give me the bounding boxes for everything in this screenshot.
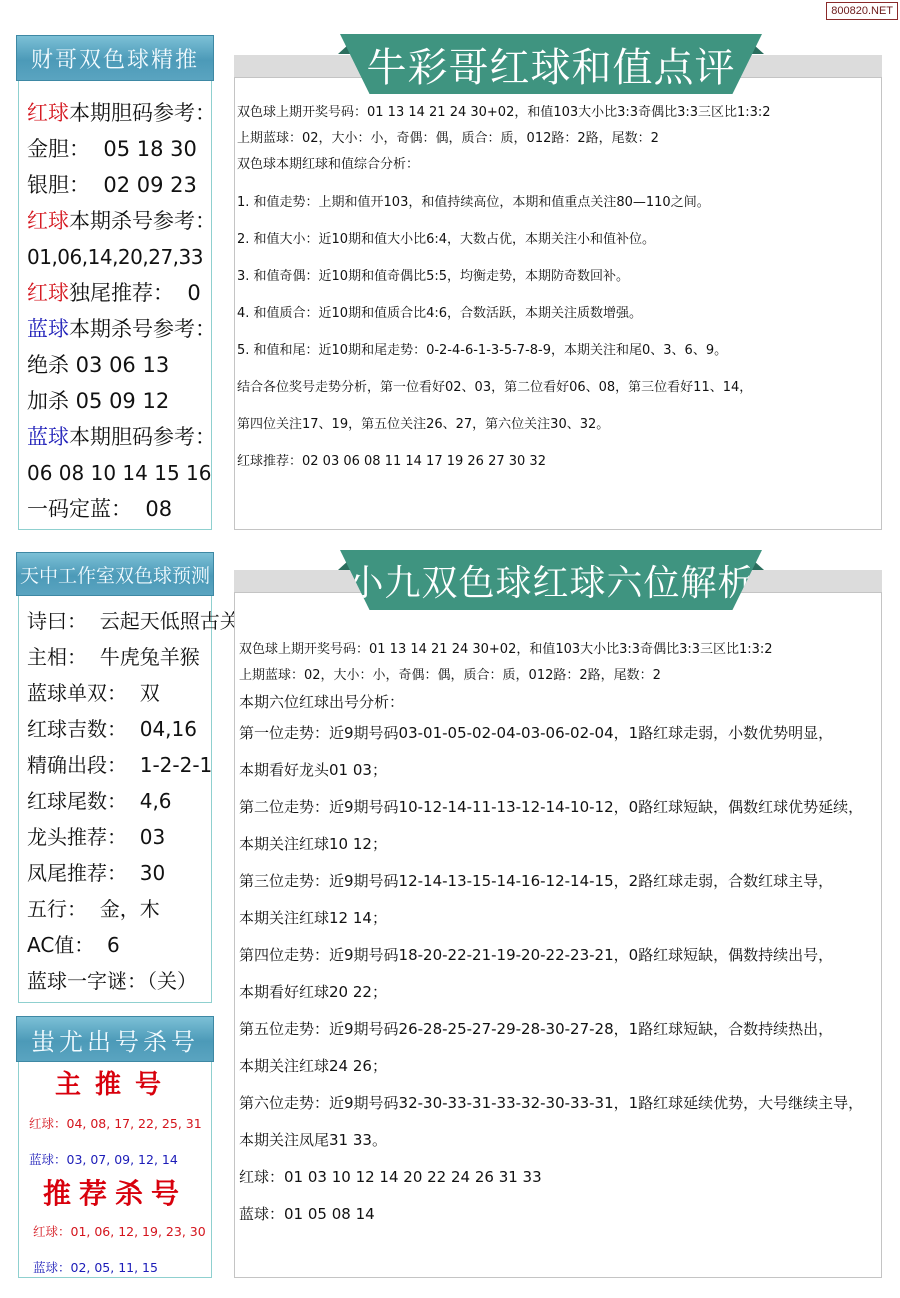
- caige-row: 绝杀 03 06 13: [27, 347, 211, 383]
- caige-row: 红球本期杀号参考：: [27, 203, 211, 239]
- tianzhong-row: 蓝球单双： 双: [27, 675, 211, 711]
- caige-row: 红球独尾推荐： 0: [27, 275, 211, 311]
- xiaojiu-point: 第二位走势：近9期号码10-12-14-11-13-12-14-10-12，0路…: [239, 789, 881, 826]
- xiaojiu-line: 本期六位红球出号分析：: [239, 689, 881, 715]
- xiaojiu-point: 第一位走势：近9期号码03-01-05-02-04-03-06-02-04，1路…: [239, 715, 881, 752]
- tianzhong-row: 龙头推荐： 03: [27, 819, 211, 855]
- niucaige-title-ribbon: 牛彩哥红球和值点评: [340, 34, 762, 94]
- niucaige-point: 3. 和值奇偶：近10期和值奇偶比5:5，均衡走势，本期防奇数回补。: [237, 258, 881, 295]
- caige-panel-title: 财哥双色球精推: [16, 35, 214, 81]
- kill-red-numbers: 红球：01, 06, 12, 19, 23, 30: [19, 1221, 211, 1243]
- tianzhong-row: 凤尾推荐： 30: [27, 855, 211, 891]
- caige-row: 蓝球本期胆码参考：: [27, 419, 211, 455]
- caige-row: 金胆： 05 18 30: [27, 131, 211, 167]
- xiaojiu-point: 第三位走势：近9期号码12-14-13-15-14-16-12-14-15，2路…: [239, 863, 881, 900]
- main-red-numbers: 红球：04, 08, 17, 22, 25, 31: [19, 1113, 211, 1135]
- niucaige-point: 2. 和值大小：近10期和值大小比6:4，大数占优，本期关注小和值补位。: [237, 221, 881, 258]
- caige-row: 06 08 10 14 15 16: [27, 455, 211, 491]
- tianzhong-row: 诗曰： 云起天低照古关: [27, 603, 211, 639]
- niucaige-line: 双色球本期红球和值综合分析：: [237, 152, 881, 178]
- xiaojiu-blue-recommend: 蓝球：01 05 08 14: [239, 1196, 881, 1233]
- xiaojiu-line: 上期蓝球：02，大小：小，奇偶：偶，质合：质，012路：2路，尾数：2: [239, 663, 881, 689]
- niucaige-point: 红球推荐：02 03 06 08 11 14 17 19 26 27 30 32: [237, 443, 881, 480]
- xiaojiu-point: 本期看好红球20 22；: [239, 974, 881, 1011]
- kill-blue-numbers: 蓝球：02, 05, 11, 15: [19, 1257, 211, 1279]
- xiaojiu-panel: 双色球上期开奖号码：01 13 14 21 24 30+02，和值103大小比3…: [234, 592, 882, 1278]
- niucaige-point: 4. 和值质合：近10期和值质合比4:6，合数活跃，本期关注质数增强。: [237, 295, 881, 332]
- tianzhong-row: 主相： 牛虎兔羊猴: [27, 639, 211, 675]
- xiaojiu-point: 第四位走势：近9期号码18-20-22-21-19-20-22-23-21，0路…: [239, 937, 881, 974]
- caige-row: 红球本期胆码参考：: [27, 95, 211, 131]
- site-watermark: 800820.NET: [826, 2, 898, 20]
- xiaojiu-point: 本期关注凤尾31 33。: [239, 1122, 881, 1159]
- xiaojiu-point: 第五位走势：近9期号码26-28-25-27-29-28-30-27-28，1路…: [239, 1011, 881, 1048]
- caige-row: 加杀 05 09 12: [27, 383, 211, 419]
- xiaojiu-line: 双色球上期开奖号码：01 13 14 21 24 30+02，和值103大小比3…: [239, 637, 881, 663]
- caige-row: 01,06,14,20,27,33: [27, 239, 211, 275]
- niucaige-point: 结合各位奖号走势分析，第一位看好02、03，第二位看好06、08，第三位看好11…: [237, 369, 881, 406]
- niucaige-panel: 双色球上期开奖号码：01 13 14 21 24 30+02，和值103大小比3…: [234, 77, 882, 530]
- tianzhong-row: 红球吉数： 04,16: [27, 711, 211, 747]
- niucaige-point: 1. 和值走势：上期和值开103，和值持续高位，本期和值重点关注80—110之间…: [237, 184, 881, 221]
- caige-panel: 红球本期胆码参考： 金胆： 05 18 30 银胆： 02 09 23 红球本期…: [18, 58, 212, 530]
- caige-row: 一码定蓝： 08: [27, 491, 211, 527]
- niucaige-point: 5. 和值和尾：近10期和尾走势：0-2-4-6-1-3-5-7-8-9，本期关…: [237, 332, 881, 369]
- caige-row: 蓝球本期杀号参考：: [27, 311, 211, 347]
- xiaojiu-title-ribbon: 小九双色球红球六位解析: [340, 550, 762, 610]
- tianzhong-row: 五行： 金，木: [27, 891, 211, 927]
- niucaige-line: 双色球上期开奖号码：01 13 14 21 24 30+02，和值103大小比3…: [237, 100, 881, 126]
- main-recommend-title: 主推号: [19, 1061, 211, 1109]
- tianzhong-panel-title: 天中工作室双色球预测: [16, 552, 214, 596]
- caige-row: 银胆： 02 09 23: [27, 167, 211, 203]
- chiyou-panel: 主推号 红球：04, 08, 17, 22, 25, 31 蓝球：03, 07,…: [18, 1040, 212, 1278]
- niucaige-point: 第四位关注17、19，第五位关注26、27，第六位关注30、32。: [237, 406, 881, 443]
- tianzhong-row: 红球尾数： 4,6: [27, 783, 211, 819]
- xiaojiu-point: 本期关注红球12 14；: [239, 900, 881, 937]
- kill-recommend-title: 推荐杀号: [19, 1171, 211, 1217]
- xiaojiu-point: 第六位走势：近9期号码32-30-33-31-33-32-30-33-31，1路…: [239, 1085, 881, 1122]
- tianzhong-row: 精确出段： 1-2-2-1: [27, 747, 211, 783]
- xiaojiu-point: 本期关注红球24 26；: [239, 1048, 881, 1085]
- xiaojiu-red-recommend: 红球：01 03 10 12 14 20 22 24 26 31 33: [239, 1159, 881, 1196]
- niucaige-line: 上期蓝球：02，大小：小，奇偶：偶，质合：质，012路：2路，尾数：2: [237, 126, 881, 152]
- tianzhong-panel: 诗曰： 云起天低照古关 主相： 牛虎兔羊猴 蓝球单双： 双 红球吉数： 04,1…: [18, 570, 212, 1003]
- xiaojiu-point: 本期看好龙头01 03；: [239, 752, 881, 789]
- main-blue-numbers: 蓝球：03, 07, 09, 12, 14: [19, 1149, 211, 1171]
- xiaojiu-point: 本期关注红球10 12；: [239, 826, 881, 863]
- chiyou-panel-title: 蚩尤出号杀号: [16, 1016, 214, 1062]
- tianzhong-row: 蓝球一字谜：（关）: [27, 963, 211, 999]
- tianzhong-row: AC值： 6: [27, 927, 211, 963]
